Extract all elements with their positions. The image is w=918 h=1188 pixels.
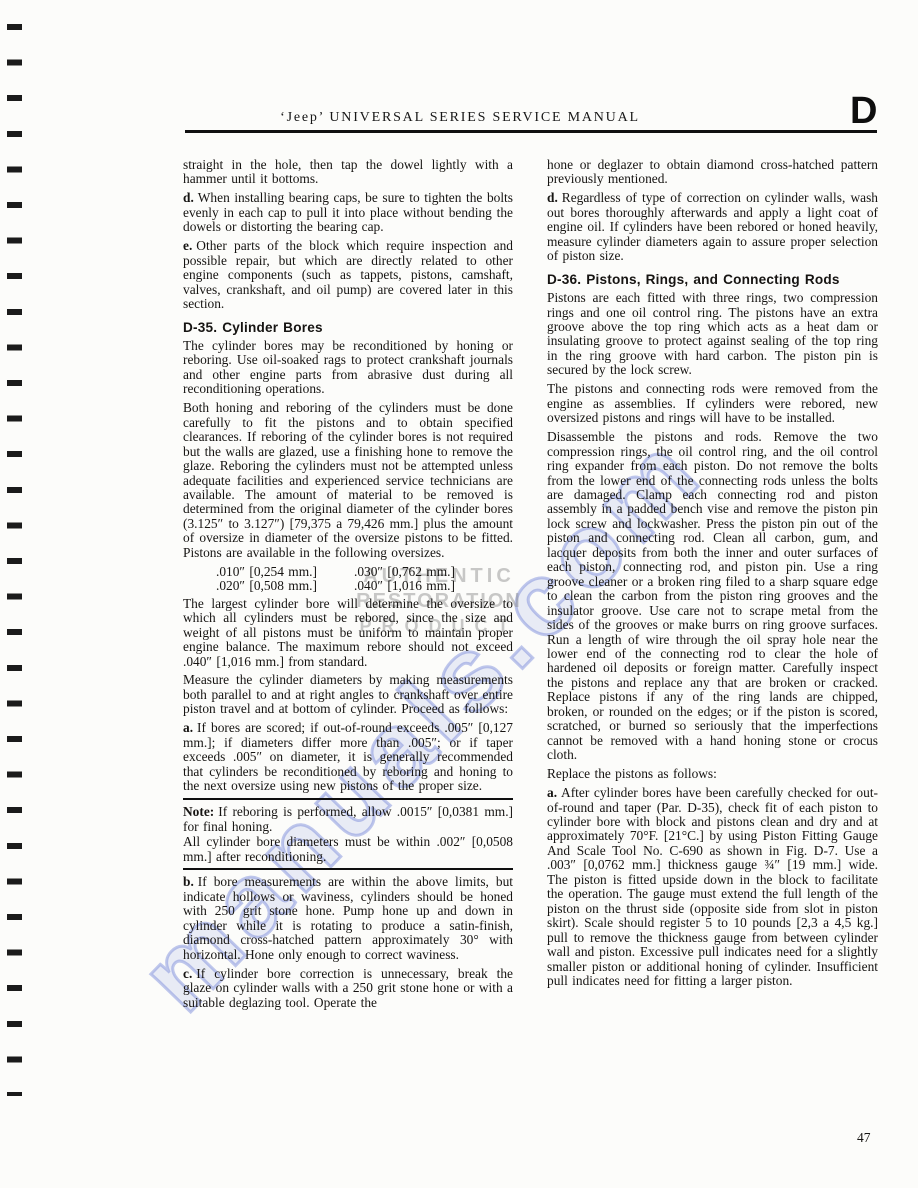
- paragraph-text: After cylinder bores have been carefully…: [547, 785, 878, 988]
- paragraph: Pistons are each fitted with three rings…: [547, 291, 878, 378]
- oversize-value: .030″ [0,762 mm.]: [354, 565, 455, 579]
- paragraph-lead: a.: [183, 720, 193, 735]
- paragraph-text: hone or deglazer to obtain diamond cross…: [547, 157, 878, 186]
- note-paragraph: All cylinder bore diameters must be with…: [183, 835, 513, 864]
- oversize-value: .020″ [0,508 mm.]: [216, 579, 354, 593]
- oversize-row: .010″ [0,254 mm.] .030″ [0,762 mm.]: [183, 565, 513, 579]
- paragraph-text: All cylinder bore diameters must be with…: [183, 834, 513, 863]
- paragraph: The largest cylinder bore will determine…: [183, 597, 513, 669]
- paragraph-text: The largest cylinder bore will determine…: [183, 596, 513, 669]
- paragraph: Measure the cylinder diameters by making…: [183, 673, 513, 716]
- oversize-value: .010″ [0,254 mm.]: [216, 565, 354, 579]
- paragraph-lead: c.: [183, 966, 192, 981]
- paragraph: The cylinder bores may be reconditioned …: [183, 339, 513, 397]
- oversize-table: .010″ [0,254 mm.] .030″ [0,762 mm.] .020…: [183, 565, 513, 594]
- note-block: Note:If reboring is performed, allow .00…: [183, 805, 513, 864]
- paragraph: a.After cylinder bores have been careful…: [547, 786, 878, 988]
- paragraph-lead: b.: [183, 874, 194, 889]
- scan-edge-marks: [7, 24, 22, 1096]
- section-heading-d36: D-36. Pistons, Rings, and Connecting Rod…: [547, 273, 878, 287]
- paragraph-text: Disassemble the pistons and rods. Remove…: [547, 429, 878, 762]
- note-rule-bottom: [183, 868, 513, 870]
- manual-page: manuals.com AUTHENTIC RESTORATION PRODUC…: [0, 0, 918, 1188]
- paragraph-text: When installing bearing caps, be sure to…: [183, 190, 513, 234]
- paragraph-text: Regardless of type of correction on cyli…: [547, 190, 878, 263]
- manual-title: ‘Jeep’ UNIVERSAL SERIES SERVICE MANUAL: [185, 110, 735, 126]
- paragraph-lead: d.: [183, 190, 194, 205]
- paragraph: a.If bores are scored; if out-of-round e…: [183, 721, 513, 793]
- paragraph: b.If bore measurements are within the ab…: [183, 875, 513, 962]
- paragraph-text: Both honing and reboring of the cylinder…: [183, 400, 513, 560]
- paragraph-text: The pistons and connecting rods were rem…: [547, 381, 878, 425]
- note-rule-top: [183, 798, 513, 800]
- paragraph-text: The cylinder bores may be reconditioned …: [183, 338, 513, 396]
- paragraph-text: If bore measurements are within the abov…: [183, 874, 513, 961]
- page-number: 47: [857, 1130, 871, 1146]
- paragraph-text: Replace the pistons as follows:: [547, 766, 717, 781]
- paragraph-text: Pistons are each fitted with three rings…: [547, 290, 878, 377]
- paragraph: e.Other parts of the block which require…: [183, 239, 513, 311]
- paragraph-text: If reboring is performed, allow .0015″ […: [183, 804, 513, 833]
- right-column: hone or deglazer to obtain diamond cross…: [547, 158, 878, 993]
- paragraph: straight in the hole, then tap the dowel…: [183, 158, 513, 187]
- section-heading-d35: D-35. Cylinder Bores: [183, 321, 513, 335]
- paragraph-lead: Note:: [183, 804, 214, 819]
- paragraph: Both honing and reboring of the cylinder…: [183, 401, 513, 560]
- paragraph-text: If cylinder bore correction is unnecessa…: [183, 966, 513, 1010]
- paragraph: d.Regardless of type of correction on cy…: [547, 191, 878, 263]
- oversize-value: .040″ [1,016 mm.]: [354, 579, 455, 593]
- paragraph: Replace the pistons as follows:: [547, 767, 878, 781]
- oversize-row: .020″ [0,508 mm.] .040″ [1,016 mm.]: [183, 579, 513, 593]
- paragraph: c.If cylinder bore correction is unneces…: [183, 967, 513, 1010]
- section-letter: D: [850, 90, 877, 133]
- paragraph: Disassemble the pistons and rods. Remove…: [547, 430, 878, 762]
- paragraph-lead: e.: [183, 238, 192, 253]
- paragraph: hone or deglazer to obtain diamond cross…: [547, 158, 878, 187]
- paragraph-text: Other parts of the block which require i…: [183, 238, 513, 311]
- paragraph-text: If bores are scored; if out-of-round exc…: [183, 720, 513, 793]
- paragraph: The pistons and connecting rods were rem…: [547, 382, 878, 425]
- note-paragraph: Note:If reboring is performed, allow .00…: [183, 805, 513, 834]
- paragraph: d.When installing bearing caps, be sure …: [183, 191, 513, 234]
- paragraph-lead: d.: [547, 190, 558, 205]
- paragraph-text: Measure the cylinder diameters by making…: [183, 672, 513, 716]
- paragraph-text: straight in the hole, then tap the dowel…: [183, 157, 513, 186]
- header-rule: [185, 130, 877, 133]
- paragraph-lead: a.: [547, 785, 557, 800]
- left-column: straight in the hole, then tap the dowel…: [183, 158, 513, 1014]
